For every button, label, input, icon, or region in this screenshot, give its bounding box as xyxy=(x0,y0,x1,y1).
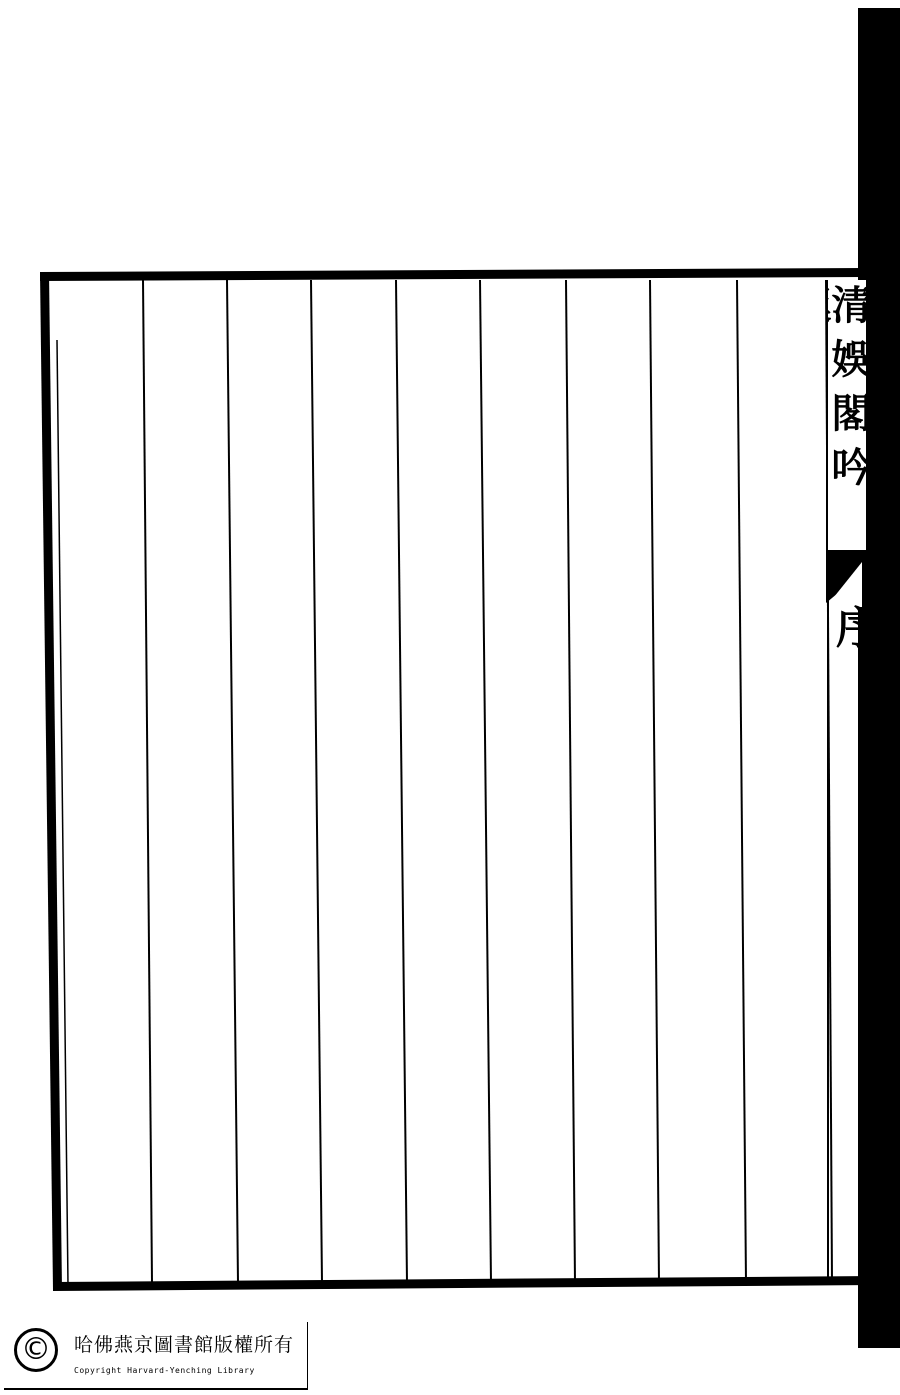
column-rules xyxy=(143,280,832,1283)
book-title: 清娛閣吟稾 xyxy=(828,284,868,546)
copyright-chinese-text: 哈佛燕京圖書館版權所有 xyxy=(74,1330,294,1357)
ruled-page-frame xyxy=(0,0,900,1395)
copyright-english-text: Copyright Harvard-Yenching Library xyxy=(74,1366,255,1375)
column-rule xyxy=(396,280,407,1283)
column-rule xyxy=(737,280,746,1283)
copyright-stamp: © 哈佛燕京圖書館版權所有 Copyright Harvard-Yenching… xyxy=(4,1322,308,1390)
column-rule xyxy=(311,280,322,1283)
title-column-rule xyxy=(827,600,829,1280)
column-rule xyxy=(227,280,238,1283)
column-rule xyxy=(143,280,152,1283)
section-marker: 序 xyxy=(836,592,880,656)
column-rule xyxy=(480,280,491,1283)
column-rule xyxy=(566,280,575,1283)
frame-top-border xyxy=(40,268,864,281)
column-rule xyxy=(650,280,659,1283)
book-spine-edge xyxy=(858,8,900,1348)
frame-bottom-border xyxy=(53,1276,876,1291)
copyright-icon: © xyxy=(14,1328,58,1372)
